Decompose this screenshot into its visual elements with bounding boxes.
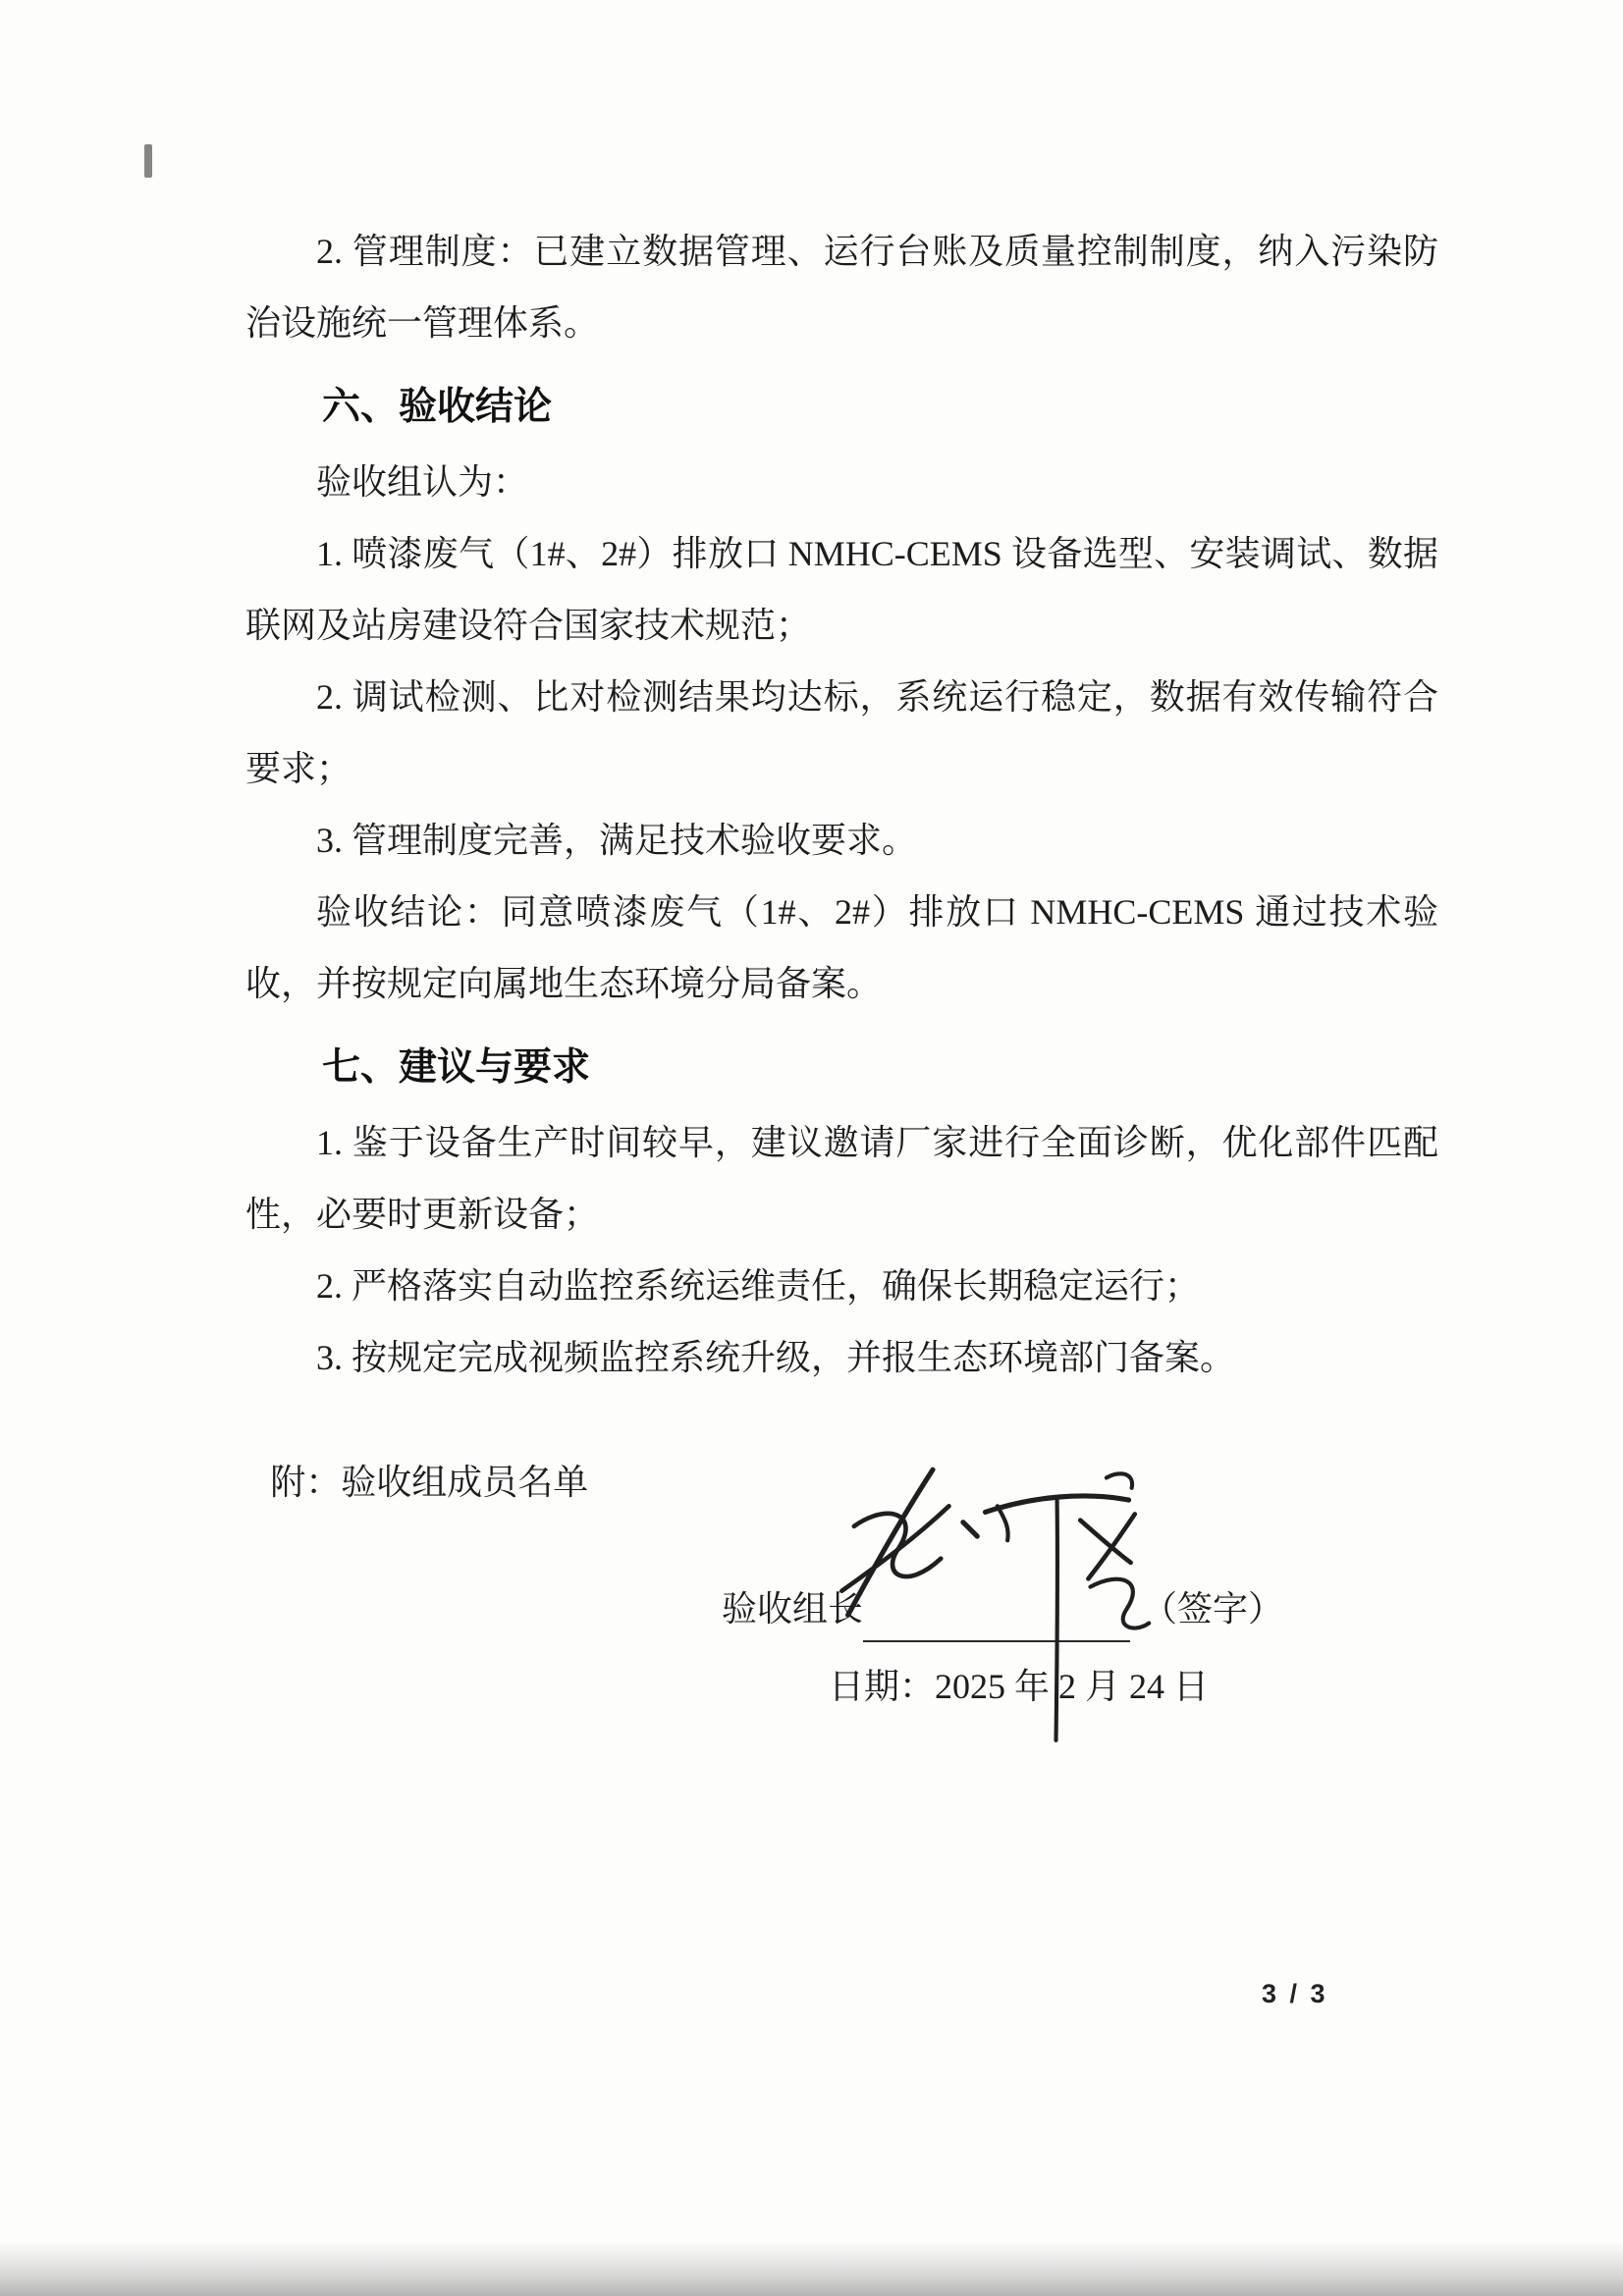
section-6-conclusion: 验收结论：同意喷漆废气（1#、2#）排放口 NMHC-CEMS 通过技术验收，并… bbox=[245, 877, 1438, 1020]
section-7-item-1: 1. 鉴于设备生产时间较早，建议邀请厂家进行全面诊断，优化部件匹配性，必要时更新… bbox=[245, 1107, 1438, 1251]
section-7-item-2: 2. 严格落实自动监控系统运维责任，确保长期稳定运行； bbox=[245, 1251, 1438, 1322]
page-number: 3 / 3 bbox=[1262, 1979, 1328, 2009]
scan-bottom-shadow bbox=[0, 2241, 1623, 2296]
section-6-intro: 验收组认为： bbox=[245, 447, 1438, 518]
signature-row: 验收组长 （签字） bbox=[722, 1564, 1438, 1642]
section-6-item-2: 2. 调试检测、比对检测结果均达标，系统运行稳定，数据有效传输符合要求； bbox=[245, 662, 1438, 805]
document-page: 2. 管理制度：已建立数据管理、运行台账及质量控制制度，纳入污染防治设施统一管理… bbox=[0, 0, 1623, 2296]
handwritten-signature-icon bbox=[836, 1462, 1169, 1744]
document-body: 2. 管理制度：已建立数据管理、运行台账及质量控制制度，纳入污染防治设施统一管理… bbox=[245, 216, 1438, 1715]
section-6-item-1: 1. 喷漆废气（1#、2#）排放口 NMHC-CEMS 设备选型、安装调试、数据… bbox=[245, 518, 1438, 662]
section-7-item-3: 3. 按规定完成视频监控系统升级，并报生态环境部门备案。 bbox=[245, 1322, 1438, 1394]
signature-line bbox=[863, 1562, 1130, 1642]
section-6-item-3: 3. 管理制度完善，满足技术验收要求。 bbox=[245, 805, 1438, 877]
paragraph-management-system: 2. 管理制度：已建立数据管理、运行台账及质量控制制度，纳入污染防治设施统一管理… bbox=[245, 216, 1438, 359]
section-7-heading: 七、建议与要求 bbox=[245, 1032, 1438, 1103]
section-6-heading: 六、验收结论 bbox=[245, 371, 1438, 443]
scan-artifact bbox=[144, 144, 152, 178]
